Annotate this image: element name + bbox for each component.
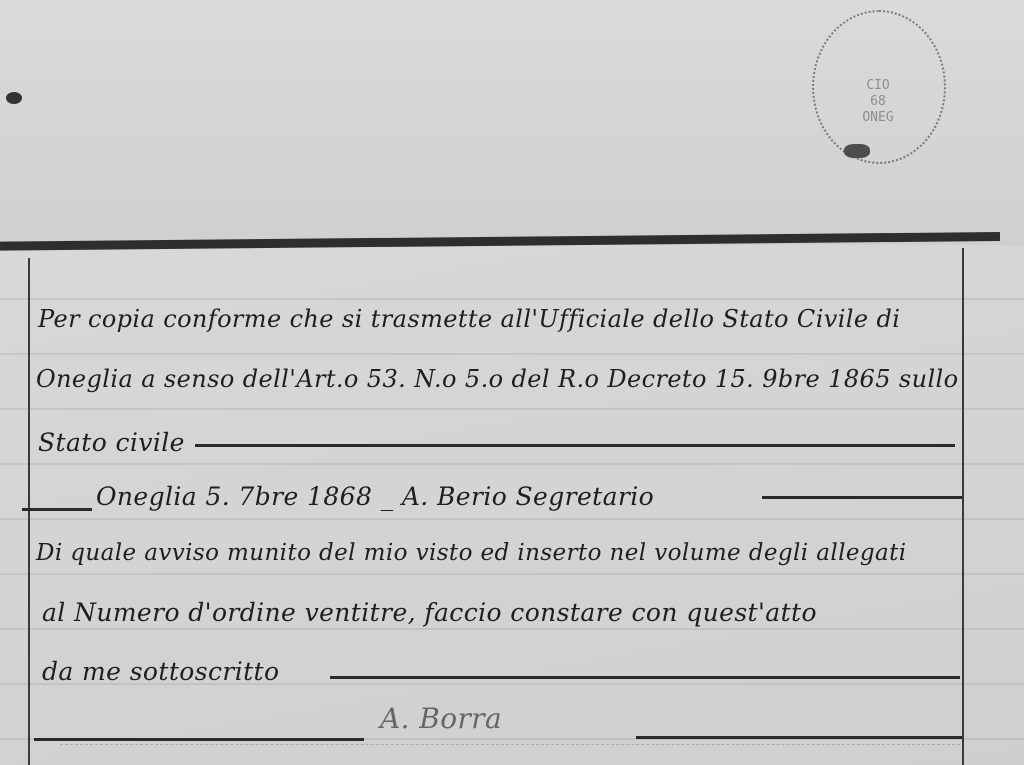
fill-rule <box>762 496 962 499</box>
next-entry-partial <box>60 744 960 765</box>
postmark-text: CIO 68 ONEG <box>848 78 908 126</box>
handwritten-line-2: Oneglia a senso dell'Art.o 53. N.o 5.o d… <box>36 365 958 393</box>
right-margin-line <box>962 248 964 765</box>
handwritten-line-4-date-signature: Oneglia 5. 7bre 1868 _ A. Berio Segretar… <box>96 482 654 511</box>
handwritten-line-5: Di quale avviso munito del mio visto ed … <box>36 540 907 566</box>
ink-blot <box>6 92 22 104</box>
postmark-line: 68 <box>848 94 908 110</box>
fill-rule <box>195 444 955 447</box>
postmark-ink-blot <box>844 144 870 158</box>
handwritten-line-6: al Numero d'ordine ventitre, faccio cons… <box>42 598 817 627</box>
handwritten-line-7: da me sottoscritto <box>42 657 279 686</box>
left-margin-line <box>28 258 30 765</box>
postmark-line: CIO <box>848 78 908 94</box>
handwritten-line-1: Per copia conforme che si trasmette all'… <box>38 305 900 333</box>
fill-rule <box>330 676 960 679</box>
postmark-stamp: CIO 68 ONEG <box>812 10 946 164</box>
handwritten-line-3: Stato civile <box>38 428 185 457</box>
fill-rule <box>22 508 92 511</box>
fill-rule <box>34 738 364 741</box>
fill-rule <box>636 736 962 739</box>
postmark-line: ONEG <box>848 110 908 126</box>
upper-page: CIO 68 ONEG <box>0 0 1024 250</box>
signature: A. Borra <box>380 702 502 735</box>
